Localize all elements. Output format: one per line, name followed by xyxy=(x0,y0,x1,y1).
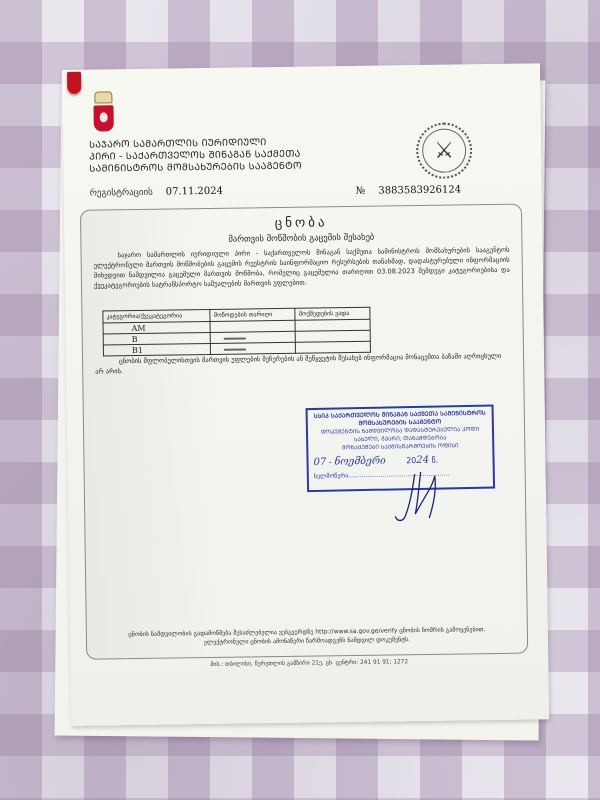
category-cell: B1 xyxy=(103,343,211,355)
stamp-date-month: ნოემბერი xyxy=(334,456,386,468)
stamp-date-suffix: წ. xyxy=(432,456,439,465)
license-categories-table: კატეგორია/ქვეკატეგორია მოწოდების თარიღი … xyxy=(102,307,371,357)
number-label: № xyxy=(356,186,366,197)
table-header: მოქმედების ვადა xyxy=(295,307,370,320)
document-number: № 3883583926124 xyxy=(356,184,462,196)
stamp-date-year: 24 xyxy=(416,455,429,466)
ministry-seal-emblem-icon: ⚔ xyxy=(416,122,473,179)
stamp-date-day: 07 xyxy=(313,457,326,468)
valid-until-cell xyxy=(296,341,371,353)
agency-address: მის.: თბილისი, წერეთლის გამზირი 21ე, ცხ.… xyxy=(70,657,548,670)
certificate-paper: ᲡᲐᲯᲐᲠᲝ ᲡᲐᲛᲐᲠᲗᲚᲘᲡ ᲘᲣᲠᲘᲓᲘᲣᲚᲘ ᲞᲘᲠᲘ - ᲡᲐᲥᲐᲠᲗ… xyxy=(62,63,549,726)
issuing-agency: ᲡᲐᲯᲐᲠᲝ ᲡᲐᲛᲐᲠᲗᲚᲘᲡ ᲘᲣᲠᲘᲓᲘᲣᲚᲘ ᲞᲘᲠᲘ - ᲡᲐᲥᲐᲠᲗ… xyxy=(89,137,302,176)
certificate-subtitle: მართვის მოწმობის გაცემის შესახებ xyxy=(81,231,521,247)
coat-of-arms-icon xyxy=(92,91,115,133)
verification-note: ცნობის ნამდვილობის გადამოწმება შესაძლებე… xyxy=(107,625,507,649)
stamp-signature-label: ხელმოწერა xyxy=(314,472,349,480)
stamp-date: 07 - ნოემბერი 2024 წ. xyxy=(314,456,488,467)
stamp-date-year-prefix: 20 xyxy=(406,456,416,465)
number-value: 3883583926124 xyxy=(378,184,461,196)
certificate-frame: ცნობა მართვის მოწმობის გაცემის შესახებ ს… xyxy=(80,204,528,660)
registration-line: რეგისტრაციის 07.11.2024 xyxy=(90,186,223,199)
wax-seal-icon xyxy=(67,72,81,94)
certificate-body: საჯარო სამართლის იურიდიული პირი - საქართ… xyxy=(94,245,511,291)
handwritten-signature-icon xyxy=(385,466,456,527)
issued-cell-redacted xyxy=(211,342,296,354)
registration-date: 07.11.2024 xyxy=(166,186,223,198)
registration-label: რეგისტრაციის xyxy=(90,188,153,199)
agency-line: ᲡᲐᲛᲘᲜᲘᲡᲢᲠᲝᲡ ᲛᲝᲛᲡᲐᲮᲣᲠᲔᲑᲘᲡ ᲡᲐᲐᲒᲔᲜᲢᲝ xyxy=(89,161,301,176)
